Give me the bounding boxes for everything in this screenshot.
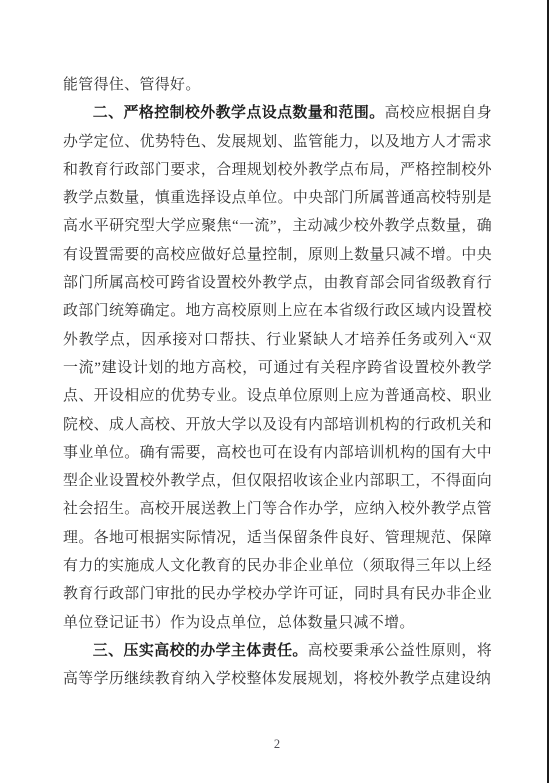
paragraph-continuation-text: 能管得住、管得好。	[63, 77, 201, 93]
document-body: 能管得住、管得好。 二、严格控制校外教学点设点数量和范围。高校应根据自身办学定位…	[63, 71, 492, 694]
paragraph-continuation: 能管得住、管得好。	[63, 71, 492, 99]
paragraph-section-3: 三、压实高校的办学主体责任。高校要秉承公益性原则，将高等学历继续教育纳入学校整体…	[63, 637, 492, 694]
section-2-heading: 二、严格控制校外教学点设点数量和范围。	[93, 105, 385, 121]
scan-edge-line	[547, 0, 549, 783]
document-page: 能管得住、管得好。 二、严格控制校外教学点设点数量和范围。高校应根据自身办学定位…	[0, 0, 554, 783]
paragraph-section-2: 二、严格控制校外教学点设点数量和范围。高校应根据自身办学定位、优势特色、发展规划…	[63, 99, 492, 637]
section-2-text: 高校应根据自身办学定位、优势特色、发展规划、监管能力，以及地方人才需求和教育行政…	[63, 105, 492, 630]
page-number: 2	[0, 737, 554, 752]
section-3-heading: 三、压实高校的办学主体责任。	[93, 643, 308, 659]
